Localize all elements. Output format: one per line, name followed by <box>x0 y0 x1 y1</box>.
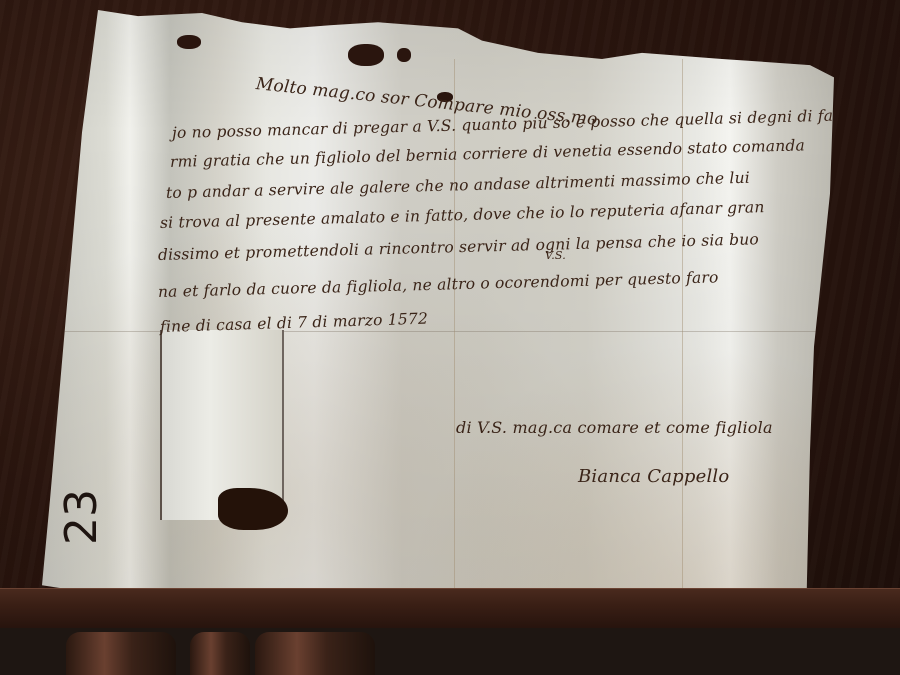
paper-tear-hole <box>218 488 288 530</box>
wooden-shelf <box>0 588 900 629</box>
paper-hole <box>348 44 384 66</box>
archive-number-stamp: 23 <box>57 487 107 547</box>
letter-closing: di V.S. mag.ca comare et come figliola <box>456 418 773 437</box>
turned-wood-spindle <box>255 632 375 675</box>
turned-wood-spindle <box>190 632 250 675</box>
letter-signature: Bianca Cappello <box>578 466 729 487</box>
turned-wood-spindle <box>66 632 176 675</box>
paper-hole <box>397 48 411 62</box>
paper-hole <box>177 35 201 49</box>
vertical-fold-crease <box>454 59 455 622</box>
